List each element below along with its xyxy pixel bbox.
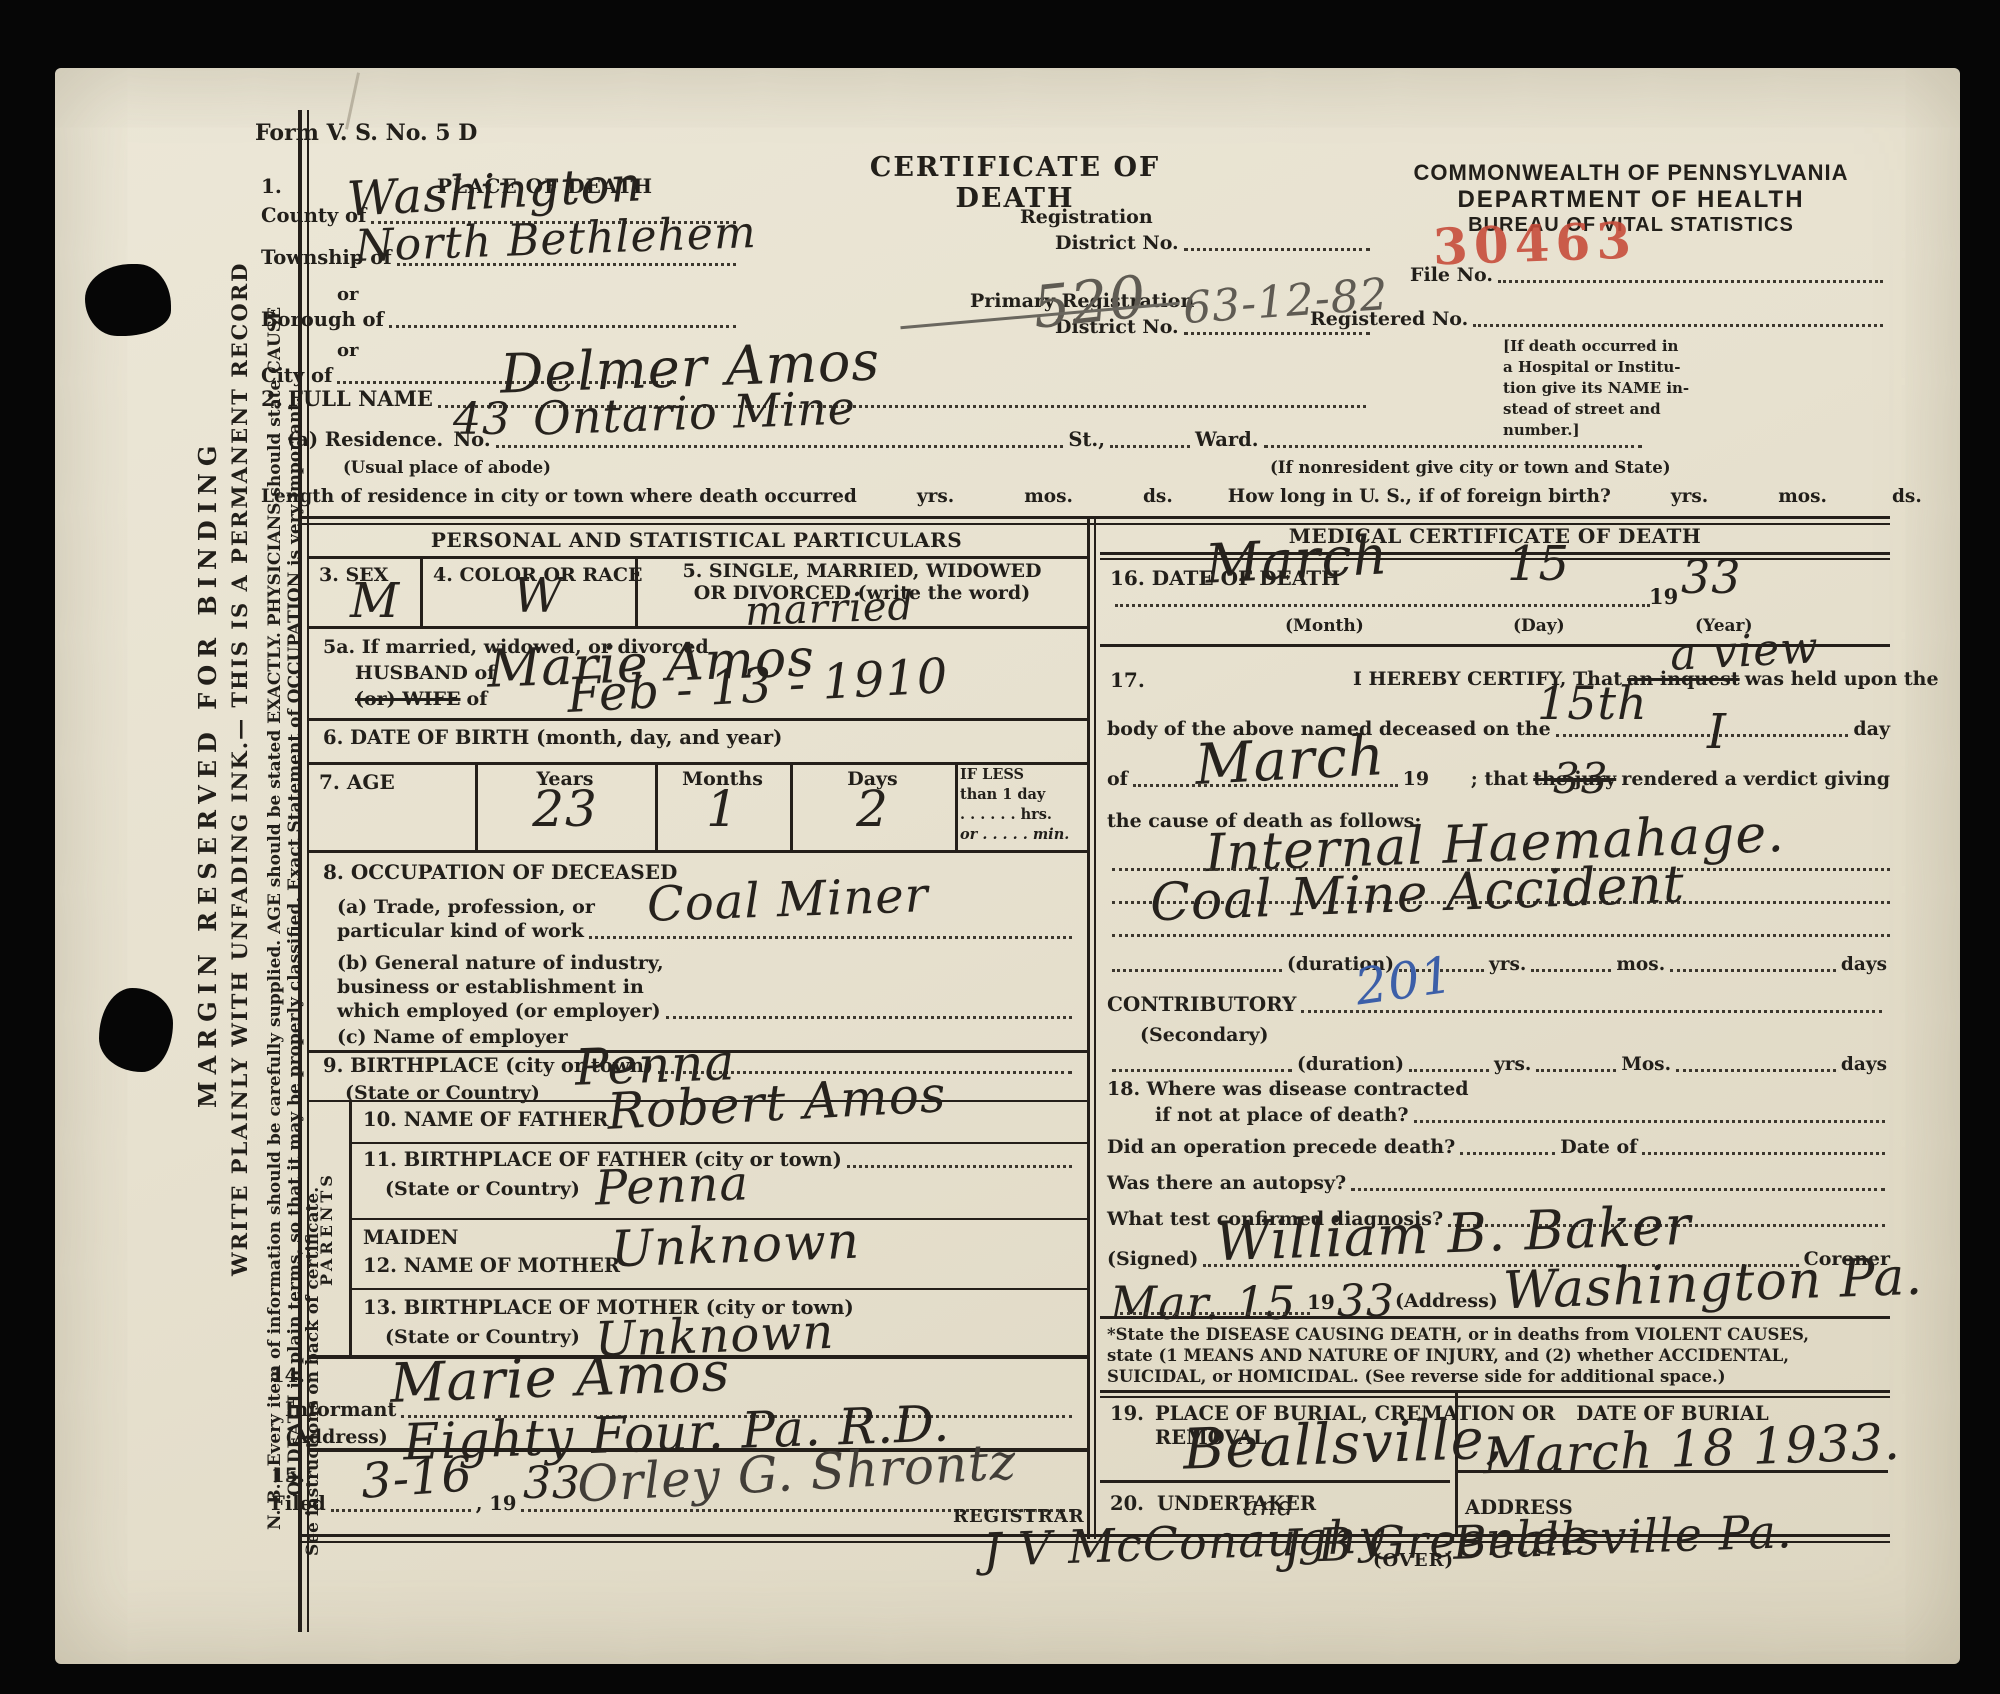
ds-label: ds. <box>1892 486 1922 507</box>
father-birthplace-value-handwriting: Penna <box>594 1155 750 1216</box>
dotted-leader <box>1670 969 1836 972</box>
length-label: Length of residence in city or town wher… <box>261 486 857 507</box>
dotted-leader <box>1264 445 1642 448</box>
rule <box>420 556 423 626</box>
of-label: of <box>467 688 488 710</box>
certify-year-handwriting: 33 <box>1553 754 1608 803</box>
borough-row: Borough of <box>261 308 741 331</box>
informant-label: Informant <box>285 1398 396 1421</box>
certify-num: 17. <box>1110 668 1145 692</box>
age-label: 7. AGE <box>319 770 395 794</box>
residence-label: (a) Residence. <box>287 428 443 451</box>
rule <box>308 718 1087 721</box>
mother-birthplace-state-label: (State or Country) <box>385 1326 580 1348</box>
operation-row: Did an operation precede death? Date of <box>1107 1136 1890 1158</box>
torn-hole-bottom <box>99 988 173 1072</box>
duration-row-1: (duration) yrs. mos. days <box>1107 954 1887 975</box>
days-label: days <box>1841 1054 1887 1075</box>
footnote-line: *State the DISEASE CAUSING DEATH, or in … <box>1107 1324 1889 1345</box>
mother-name-value-handwriting: Unknown <box>610 1212 861 1279</box>
dotted-leader <box>1414 1120 1885 1123</box>
occupation-b3-row: which employed (or employer) <box>337 1000 1077 1022</box>
occupation-b3: which employed (or employer) <box>337 1000 661 1022</box>
mos-label: mos. <box>1616 954 1665 975</box>
street-label: St., <box>1068 428 1105 451</box>
borough-label: Borough of <box>261 308 384 331</box>
torn-hole-top <box>85 264 171 336</box>
footnote-line: state (1 MEANS AND NATURE OF INJURY, and… <box>1107 1345 1889 1366</box>
certificate-paper: MARGIN RESERVED FOR BINDING WRITE PLAINL… <box>55 68 1960 1664</box>
or-label: or <box>337 340 359 361</box>
informant-address-label: (Address) <box>285 1426 388 1448</box>
if-less-line: IF LESS <box>960 765 1084 785</box>
occupation-label: 8. OCCUPATION OF DECEASED <box>323 860 677 884</box>
howlong-label: How long in U. S., if of foreign birth? <box>1228 486 1611 507</box>
dotted-leader <box>1676 1069 1836 1072</box>
rule <box>955 762 958 850</box>
age-years-value-handwriting: 23 <box>475 780 655 838</box>
length-of-residence-row: Length of residence in city or town wher… <box>261 486 1891 507</box>
undertaker-num: 20. <box>1110 1492 1144 1515</box>
margin-plainly-note: WRITE PLAINLY WITH UNFADING INK.— THIS I… <box>227 262 252 1276</box>
dotted-leader <box>1473 324 1883 327</box>
dotted-leader <box>1460 1152 1555 1155</box>
month-sublabel: (Month) <box>1285 616 1364 636</box>
autopsy-label: Was there an autopsy? <box>1107 1172 1346 1194</box>
ds-label: ds. <box>1143 486 1173 507</box>
death-month-handwriting: March <box>1203 523 1389 596</box>
rule <box>349 1142 1087 1144</box>
father-birthplace-state-label: (State or Country) <box>385 1178 580 1200</box>
informant-num: 14. <box>271 1364 305 1387</box>
dotted-leader <box>1642 1152 1885 1155</box>
rule <box>308 556 1087 559</box>
dotted-leader <box>847 1165 1072 1168</box>
dotted-leader <box>1110 445 1190 448</box>
occupation-c: (c) Name of employer <box>337 1026 568 1048</box>
operation-label: Did an operation precede death? <box>1107 1136 1455 1158</box>
yrs-label: yrs. <box>1494 1054 1531 1075</box>
father-name-label: 10. NAME OF FATHER <box>363 1108 608 1131</box>
hospital-note-line: stead of street and <box>1503 399 1718 420</box>
q18-line1: 18. Where was disease contracted <box>1107 1078 1468 1100</box>
hospital-note-line: tion give its NAME in- <box>1503 378 1718 399</box>
rule <box>1458 1470 1888 1473</box>
dotted-leader <box>1112 934 1890 937</box>
registration-district-row: District No. <box>1055 232 1375 254</box>
q18-line2-row: if not at place of death? <box>1155 1104 1890 1126</box>
dotted-leader <box>589 936 1072 939</box>
hospital-note: [If death occurred in a Hospital or Inst… <box>1503 336 1718 441</box>
occupation-b2: business or establishment in <box>337 976 644 998</box>
mos-label: Mos. <box>1621 1054 1671 1075</box>
certify-p6: 19 <box>1403 768 1429 790</box>
dotted-leader <box>1351 1188 1885 1191</box>
rule <box>349 1288 1087 1290</box>
certificate-title: CERTIFICATE OF DEATH <box>835 152 1195 214</box>
occupation-a1: (a) Trade, profession, or <box>337 896 595 918</box>
personal-header: PERSONAL AND STATISTICAL PARTICULARS <box>308 528 1085 552</box>
abode-note: (Usual place of abode) <box>343 458 551 477</box>
race-value-handwriting: W <box>513 568 563 624</box>
filed-date-handwriting: 3-16 <box>359 1446 474 1510</box>
dotted-leader <box>389 325 736 328</box>
yrs-label: yrs. <box>1489 954 1526 975</box>
mother-name-label: 12. NAME OF MOTHER <box>363 1254 620 1277</box>
rule <box>1094 516 1096 1539</box>
hospital-note-line: [If death occurred in <box>1503 336 1718 357</box>
age-days-value-handwriting: 2 <box>790 780 955 838</box>
dob-label: 6. DATE OF BIRTH (month, day, and year) <box>323 726 782 749</box>
parents-vertical-label: PARENTS <box>317 1171 336 1286</box>
inquest-month-handwriting: March <box>1193 723 1386 798</box>
death-day-handwriting: 15 <box>1507 536 1570 592</box>
occupation-a2: particular kind of work <box>337 920 584 942</box>
dotted-leader <box>331 1509 471 1512</box>
date-of-label: Date of <box>1560 1136 1637 1158</box>
rule <box>1100 1396 1890 1398</box>
signed-19-printed: 19 <box>1307 1290 1335 1314</box>
over-label: (OVER) <box>1373 1550 1454 1571</box>
rule <box>308 850 1087 853</box>
registration-district-label: District No. <box>1055 232 1179 254</box>
mos-label: mos. <box>1024 486 1073 507</box>
sex-value-handwriting: M <box>350 573 400 629</box>
violent-causes-footnote: *State the DISEASE CAUSING DEATH, or in … <box>1107 1324 1889 1387</box>
or-wife-of-label: (or) WIFE of <box>355 688 487 710</box>
burial-num: 19. <box>1110 1402 1144 1425</box>
hospital-note-line: a Hospital or Institu- <box>1503 357 1718 378</box>
if-less-line: . . . . . . hrs. <box>960 805 1084 825</box>
if-less-line: than 1 day <box>960 785 1084 805</box>
file-no-label: File No. <box>1410 264 1493 286</box>
ward-label: Ward. <box>1195 428 1259 451</box>
days-label: days <box>1841 954 1887 975</box>
nonresident-note: (If nonresident give city or town and St… <box>1270 458 1671 477</box>
signed-date-handwriting: Mar. 15 <box>1110 1276 1296 1330</box>
agency-line1: COMMONWEALTH OF PENNSYLVANIA <box>1373 160 1889 186</box>
rule <box>1087 516 1090 1539</box>
rule <box>1100 1480 1450 1483</box>
death-year-printed19: 19 <box>1649 584 1678 609</box>
or-label: or <box>337 284 359 305</box>
file-no-row: File No. <box>1410 264 1888 286</box>
scanned-death-certificate: { "meta": { "form_number": "Form V. S. N… <box>0 0 2000 1694</box>
q18-line2: if not at place of death? <box>1155 1104 1409 1126</box>
contributory-row: CONTRIBUTORY <box>1107 992 1887 1016</box>
certify-p7: ; that <box>1471 768 1528 790</box>
residence-no-value-handwriting: 43 <box>453 394 511 445</box>
footnote-line: SUICIDAL, or HOMICIDAL. (See reverse sid… <box>1107 1366 1889 1387</box>
section1-number: 1. <box>261 174 282 198</box>
margin-binding-note: MARGIN RESERVED FOR BINDING <box>193 439 222 1108</box>
i-handwriting: I <box>1707 704 1727 760</box>
inquest-day-handwriting: 15th <box>1537 676 1648 730</box>
dotted-leader <box>1184 332 1370 335</box>
dotted-leader <box>1556 734 1849 737</box>
secondary-label: (Secondary) <box>1140 1024 1269 1046</box>
certify-p8: rendered a verdict giving <box>1621 768 1890 790</box>
signed-address-label: (Address) <box>1395 1290 1498 1312</box>
yrs-label: yrs. <box>1671 486 1708 507</box>
mos-label: mos. <box>1778 486 1827 507</box>
dotted-leader <box>1498 280 1883 283</box>
full-name-num: 2. <box>261 386 283 411</box>
rule <box>1100 1390 1890 1393</box>
a-view-handwriting: a view <box>1669 622 1820 681</box>
if-less-block: IF LESS than 1 day . . . . . . hrs. or .… <box>960 765 1084 845</box>
autopsy-row: Was there an autopsy? <box>1107 1172 1890 1194</box>
registered-no-row: Registered No. <box>1310 308 1888 330</box>
yrs-label: yrs. <box>917 486 954 507</box>
filed-19-label: , 19 <box>476 1492 517 1515</box>
filed-num: 15. <box>271 1464 305 1487</box>
wife-struck-label: (or) WIFE <box>355 688 460 710</box>
dotted-leader <box>1184 248 1370 251</box>
form-number: Form V. S. No. 5 D <box>255 120 477 146</box>
registered-no-label: Registered No. <box>1310 308 1468 330</box>
rule <box>308 626 1087 629</box>
occupation-b1: (b) General nature of industry, <box>337 952 664 974</box>
husband-of-label: HUSBAND of <box>355 662 495 684</box>
signed-year-handwriting: 33 <box>1337 1276 1395 1327</box>
filed-label: Filed <box>271 1492 326 1515</box>
pencil-number: 520 <box>1030 262 1150 342</box>
contributory-label: CONTRIBUTORY <box>1107 992 1296 1016</box>
certify-p4: day <box>1853 718 1890 740</box>
residence-street-value-handwriting: Ontario Mine <box>532 380 857 445</box>
death-year-handwriting: 33 <box>1681 550 1742 604</box>
age-months-value-handwriting: 1 <box>655 780 790 838</box>
dotted-leader <box>1115 604 1650 607</box>
filed-year-handwriting: 33 <box>523 1458 581 1509</box>
dotted-leader <box>1531 969 1611 972</box>
certify-p5: of <box>1107 768 1128 790</box>
rule <box>349 1100 352 1355</box>
duration-label: (duration) <box>1297 1054 1404 1075</box>
margin-nb-note-2: OF DEATH in plain terms, so that it may … <box>285 397 305 1496</box>
occupation-value-handwriting: Coal Miner <box>646 867 929 933</box>
rule <box>1100 1316 1890 1319</box>
dotted-leader <box>666 1016 1072 1019</box>
dotted-leader <box>1536 1069 1616 1072</box>
full-name-label: FULL NAME <box>288 386 433 411</box>
dotted-leader <box>1112 1069 1292 1072</box>
signed-label: (Signed) <box>1107 1248 1198 1270</box>
undertaker-address-handwriting: Beallsville Pa. <box>1452 1504 1793 1570</box>
duration-row-2: (duration) yrs. Mos. days <box>1107 1054 1887 1075</box>
dotted-leader <box>1120 1312 1310 1315</box>
dotted-leader <box>496 445 1064 448</box>
city-label: City of <box>261 364 332 387</box>
maiden-label: MAIDEN <box>363 1226 458 1249</box>
if-less-line: or . . . . . min. <box>960 825 1084 845</box>
registration-label: Registration <box>1020 206 1170 228</box>
dotted-leader <box>1112 969 1282 972</box>
day-sublabel: (Day) <box>1513 616 1565 636</box>
marital-label-1: 5. SINGLE, MARRIED, WIDOWED <box>647 560 1077 582</box>
dotted-leader <box>1409 1069 1489 1072</box>
